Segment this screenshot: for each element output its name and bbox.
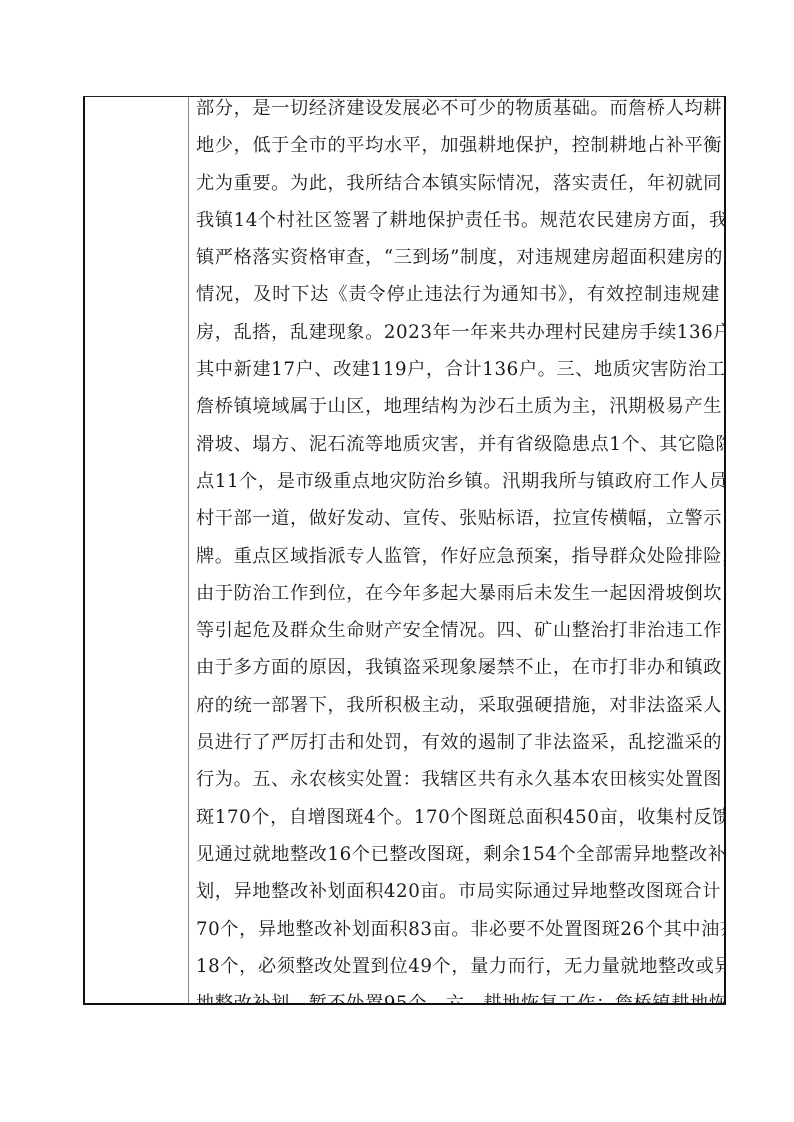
text-line: 点11个，是市级重点地灾防治乡镇。汛期我所与镇政府工作人员: [196, 463, 720, 500]
text-line: 地少，低于全市的平均水平，加强耕地保护，控制耕地占补平衡: [196, 127, 720, 164]
text-line: 镇严格落实资格审查，“三到场”制度，对违规建房超面积建房的: [196, 239, 720, 276]
text-line: 由于防治工作到位，在今年多起大暴雨后未发生一起因滑坡倒坎: [196, 575, 720, 612]
text-line: 由于多方面的原因，我镇盗采现象屡禁不止，在市打非办和镇政: [196, 649, 720, 686]
text-line: 见通过就地整改16个已整改图斑，剩余154个全部需异地整改补: [196, 836, 720, 873]
text-line: 部分，是一切经济建设发展必不可少的物质基础。而詹桥人均耕: [196, 97, 720, 127]
text-line: 行为。五、永农核实处置：我辖区共有永久基本农田核实处置图: [196, 761, 720, 798]
text-line: 18个，必须整改处置到位49个，量力而行，无力量就地整改或异: [196, 948, 720, 985]
text-line: 村干部一道，做好发动、宣传、张贴标语，拉宣传横幅，立警示: [196, 500, 720, 537]
text-line: 等引起危及群众生命财产安全情况。四、矿山整治打非治违工作：: [196, 612, 720, 649]
text-line: 地整改补划，暂不处置95个。六、耕地恢复工作：詹桥镇耕地恢复: [196, 985, 720, 1003]
text-line: 员进行了严厉打击和处罚，有效的遏制了非法盗采，乱挖滥采的: [196, 724, 720, 761]
text-line: 詹桥镇境域属于山区，地理结构为沙石土质为主，汛期极易产生: [196, 388, 720, 425]
table-content-cell: 部分，是一切经济建设发展必不可少的物质基础。而詹桥人均耕 地少，低于全市的平均水…: [189, 97, 724, 1003]
text-line: 我镇14个村社区签署了耕地保护责任书。规范农民建房方面，我: [196, 202, 720, 239]
text-line: 房，乱搭，乱建现象。2023年一年来共办理村民建房手续136户，: [196, 314, 720, 351]
document-table: 部分，是一切经济建设发展必不可少的物质基础。而詹桥人均耕 地少，低于全市的平均水…: [83, 96, 726, 1005]
text-line: 牌。重点区域指派专人监管，作好应急预案，指导群众处险排险，: [196, 538, 720, 575]
text-line: 滑坡、塌方、泥石流等地质灾害，并有省级隐患点1个、其它隐隐: [196, 426, 720, 463]
text-line: 斑170个，自增图斑4个。170个图斑总面积450亩，收集村反馈意: [196, 799, 720, 836]
text-line: 情况，及时下达《责令停止违法行为通知书》，有效控制违规建: [196, 276, 720, 313]
text-line: 尤为重要。为此，我所结合本镇实际情况，落实责任，年初就同: [196, 165, 720, 202]
text-line: 府的统一部署下，我所积极主动，采取强硬措施，对非法盗采人: [196, 687, 720, 724]
table-label-cell: [85, 97, 189, 1003]
text-line: 划，异地整改补划面积420亩。市局实际通过异地整改图斑合计: [196, 873, 720, 910]
text-line: 70个，异地整改补划面积83亩。非必要不处置图斑26个其中油茶: [196, 911, 720, 948]
text-line: 其中新建17户、改建119户，合计136户。三、地质灾害防治工作：: [196, 351, 720, 388]
